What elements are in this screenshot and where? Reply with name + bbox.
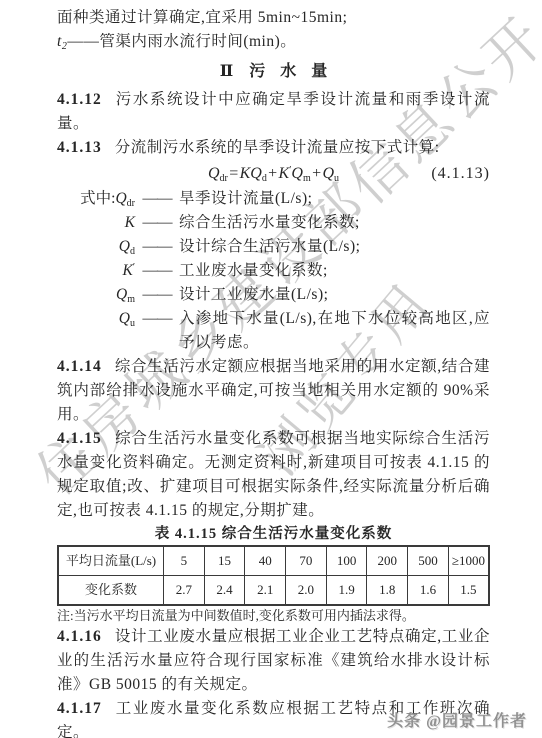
t2-dash: —— — [67, 33, 99, 50]
document-page: 住房城乡建设部信息公开 浏览专用 面种类通过计算确定,宜采用 5min~15mi… — [0, 0, 542, 738]
table-header-cell: 平均日流量(L/s) — [58, 546, 164, 576]
table-cell: 1.9 — [326, 576, 367, 606]
section-header: Ⅱ污水量 — [57, 59, 490, 85]
table-cell: 1.8 — [367, 576, 408, 606]
table-cell: 100 — [326, 546, 367, 576]
where-dash: —— — [135, 235, 179, 259]
continuation-line: 面种类通过计算确定,宜采用 5min~15min; — [57, 6, 490, 30]
clause-number: 4.1.15 — [57, 430, 102, 447]
where-text: 工业废水量变化系数; — [179, 259, 490, 283]
table-cell: 500 — [408, 546, 449, 576]
equation-number: (4.1.13) — [431, 160, 490, 187]
clause-number: 4.1.13 — [57, 139, 102, 156]
clause-number: 4.1.16 — [57, 628, 102, 645]
clause-text: 综合生活污水定额应根据当地采用的用水定额,结合建筑内部给排水设施水平确定,可按当… — [57, 358, 490, 423]
table-cell: ≥1000 — [448, 546, 489, 576]
clause-text: 污水系统设计中应确定旱季设计流量和雨季设计流量。 — [57, 91, 490, 132]
where-text: 设计综合生活污水量(L/s); — [179, 235, 490, 259]
clause-number: 4.1.14 — [57, 358, 102, 375]
table-cell: 1.5 — [448, 576, 489, 606]
clause-4-1-15: 4.1.15综合生活污水量变化系数可根据当地实际综合生活污水量变化资料确定。无测… — [57, 427, 490, 523]
table-note: 注:当污水平均日流量为中间数值时,变化系数可用内插法求得。 — [57, 606, 490, 625]
formula-expression: Qdr = KQd + K′Qm + Qu — [208, 165, 339, 182]
variation-coefficient-table: 平均日流量(L/s) 5 15 40 70 100 200 500 ≥1000 … — [57, 545, 490, 606]
table-cell: 15 — [204, 546, 245, 576]
table-row-coefficient: 变化系数 2.7 2.4 2.1 2.0 1.9 1.8 1.6 1.5 — [58, 576, 489, 606]
table-cell: 2.0 — [286, 576, 327, 606]
table-cell: 1.6 — [408, 576, 449, 606]
table-cell: 40 — [245, 546, 286, 576]
section-numeral: Ⅱ — [220, 63, 233, 80]
where-symbol: Qm — [57, 283, 135, 307]
where-row: Qd —— 设计综合生活污水量(L/s); — [57, 235, 490, 259]
table-title: 表 4.1.15 综合生活污水量变化系数 — [57, 523, 490, 545]
clause-4-1-16: 4.1.16设计工业废水量应根据工业企业工艺特点确定,工业企业的生活污水量应符合… — [57, 625, 490, 697]
where-symbol: 式中:Qdr — [57, 187, 135, 211]
where-lead: 式中: — [80, 190, 115, 207]
formula-4-1-13: Qdr = KQd + K′Qm + Qu (4.1.13) — [57, 160, 490, 187]
where-symbol: K — [57, 211, 135, 235]
where-dash: —— — [135, 187, 179, 211]
where-text: 综合生活污水量变化系数; — [179, 211, 490, 235]
where-text: 设计工业废水量(L/s); — [179, 283, 490, 307]
table-cell: 5 — [164, 546, 205, 576]
where-text: 旱季设计流量(L/s); — [179, 187, 490, 211]
clause-4-1-14: 4.1.14综合生活污水定额应根据当地采用的用水定额,结合建筑内部给排水设施水平… — [57, 355, 490, 427]
clause-4-1-13: 4.1.13分流制污水系统的旱季设计流量应按下式计算: — [57, 136, 490, 160]
table-header-cell: 变化系数 — [58, 576, 164, 606]
where-text: 入渗地下水量(L/s),在地下水位较高地区,应予以考虑。 — [179, 307, 490, 355]
where-dash: —— — [135, 211, 179, 235]
where-symbol: Qd — [57, 235, 135, 259]
page-content: 面种类通过计算确定,宜采用 5min~15min; t2——管渠内雨水流行时间(… — [57, 6, 490, 738]
where-dash: —— — [135, 307, 179, 355]
where-dash: —— — [135, 283, 179, 307]
clause-text: 设计工业废水量应根据工业企业工艺特点确定,工业企业的生活污水量应符合现行国家标准… — [57, 628, 490, 693]
where-row: 式中:Qdr —— 旱季设计流量(L/s); — [57, 187, 490, 211]
table-cell: 2.4 — [204, 576, 245, 606]
where-symbol: Qu — [57, 307, 135, 355]
t2-definition-text: 管渠内雨水流行时间(min)。 — [99, 33, 296, 50]
section-title: 污水量 — [249, 63, 342, 80]
where-definitions: 式中:Qdr —— 旱季设计流量(L/s); K —— 综合生活污水量变化系数;… — [57, 187, 490, 355]
clause-text: 综合生活污水量变化系数可根据当地实际综合生活污水量变化资料确定。无测定资料时,新… — [57, 430, 490, 519]
clause-number: 4.1.12 — [57, 91, 102, 108]
where-row: Qm —— 设计工业废水量(L/s); — [57, 283, 490, 307]
where-row: K —— 综合生活污水量变化系数; — [57, 211, 490, 235]
table-cell: 2.7 — [164, 576, 205, 606]
clause-text: 分流制污水系统的旱季设计流量应按下式计算: — [115, 139, 440, 156]
where-symbol: K′ — [57, 259, 135, 283]
where-dash: —— — [135, 259, 179, 283]
table-cell: 200 — [367, 546, 408, 576]
clause-4-1-12: 4.1.12污水系统设计中应确定旱季设计流量和雨季设计流量。 — [57, 88, 490, 136]
clause-number: 4.1.17 — [57, 700, 102, 717]
table-cell: 70 — [286, 546, 327, 576]
table-cell: 2.1 — [245, 576, 286, 606]
table-row-flow: 平均日流量(L/s) 5 15 40 70 100 200 500 ≥1000 — [58, 546, 489, 576]
where-row: K′ —— 工业废水量变化系数; — [57, 259, 490, 283]
credit-watermark: 头条 @园景工作者 — [387, 708, 527, 731]
t2-definition-line: t2——管渠内雨水流行时间(min)。 — [57, 30, 490, 54]
where-row: Qu —— 入渗地下水量(L/s),在地下水位较高地区,应予以考虑。 — [57, 307, 490, 355]
t2-symbol: t2 — [57, 33, 67, 50]
